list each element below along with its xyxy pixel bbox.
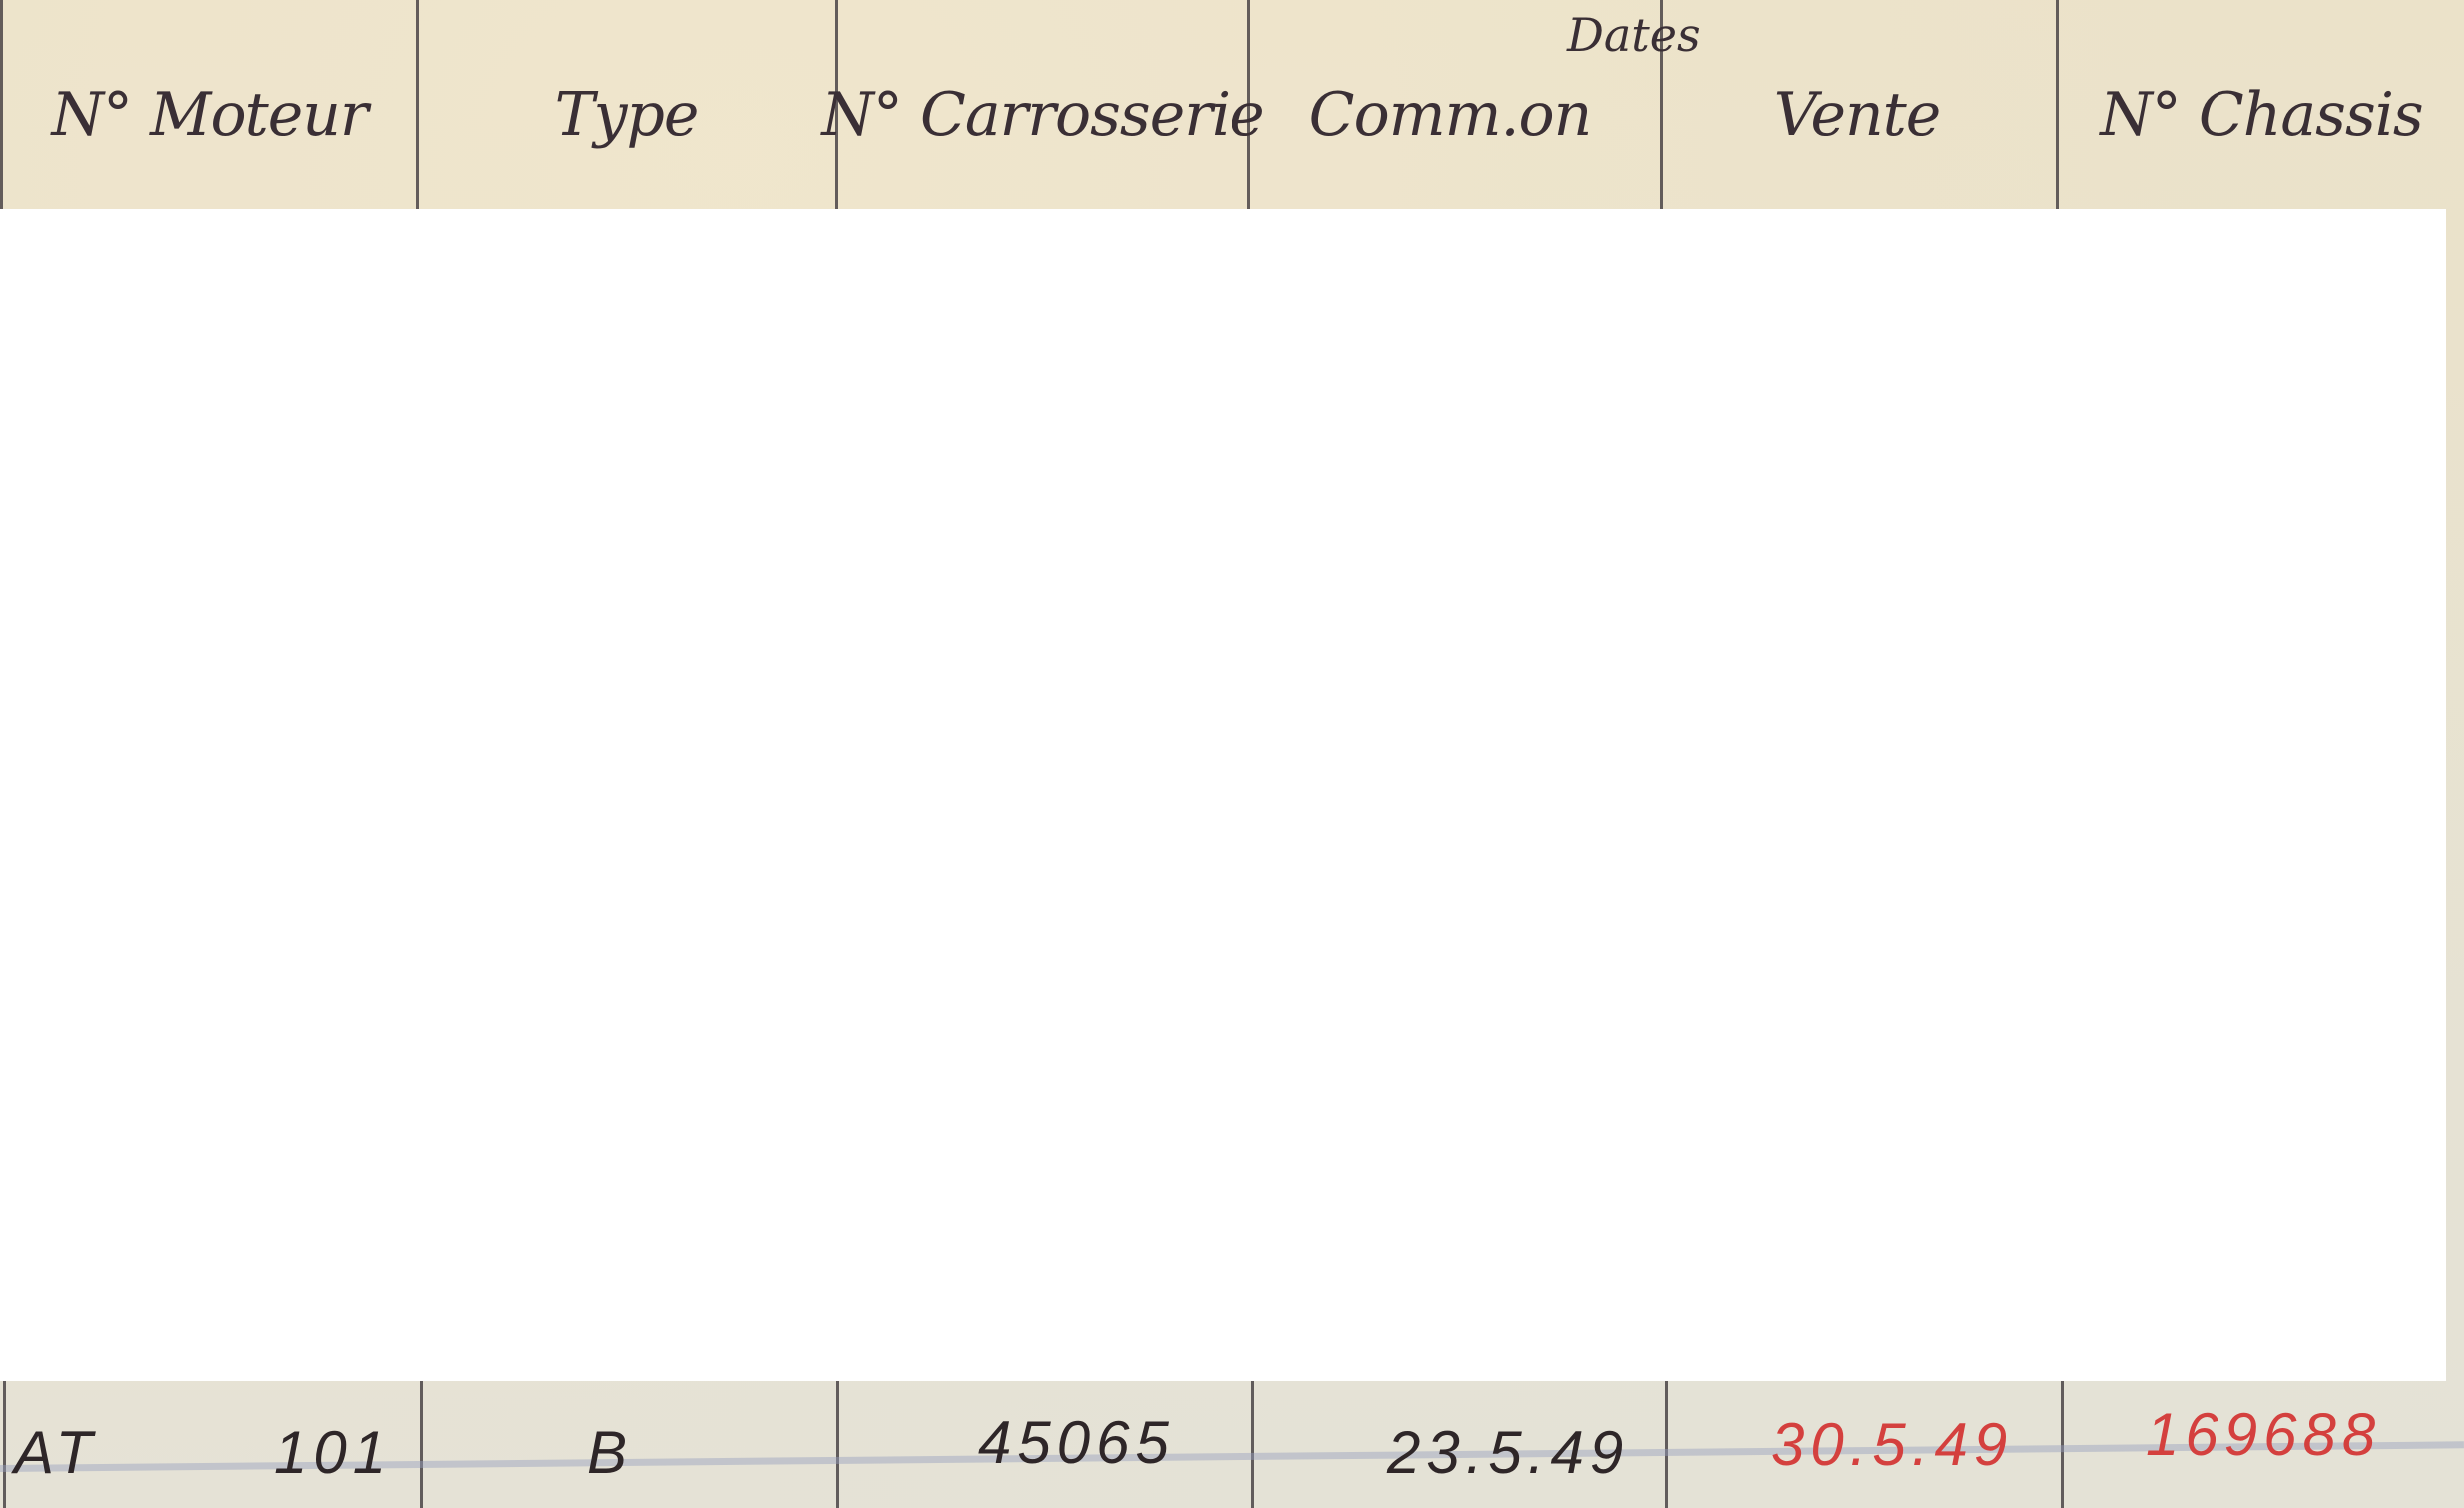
header-carrosserie: N° Carrosserie xyxy=(838,20,1247,210)
cell-carrosserie: 45065 xyxy=(978,1387,1175,1497)
cell-moteur-number: 101 xyxy=(274,1397,392,1507)
header-type: Type xyxy=(419,20,833,210)
cell-chassis: 169688 xyxy=(2146,1379,2381,1489)
column-rule xyxy=(836,1381,839,1508)
cell-type: B xyxy=(587,1397,633,1507)
column-rule xyxy=(0,0,3,209)
cell-moteur-prefix: AT xyxy=(14,1397,98,1507)
column-rule xyxy=(1665,1381,1668,1508)
cell-commande: 23.5.49 xyxy=(1387,1397,1629,1507)
header-vente: Vente xyxy=(1663,20,2052,210)
header-chassis: N° Chassis xyxy=(2059,20,2464,210)
column-rule xyxy=(420,1381,423,1508)
column-rule xyxy=(1251,1381,1254,1508)
header-moteur: N° Moteur xyxy=(10,20,409,210)
cell-vente: 30.5.49 xyxy=(1771,1389,2013,1499)
redacted-region xyxy=(0,209,2446,1381)
column-rule xyxy=(3,1381,6,1508)
